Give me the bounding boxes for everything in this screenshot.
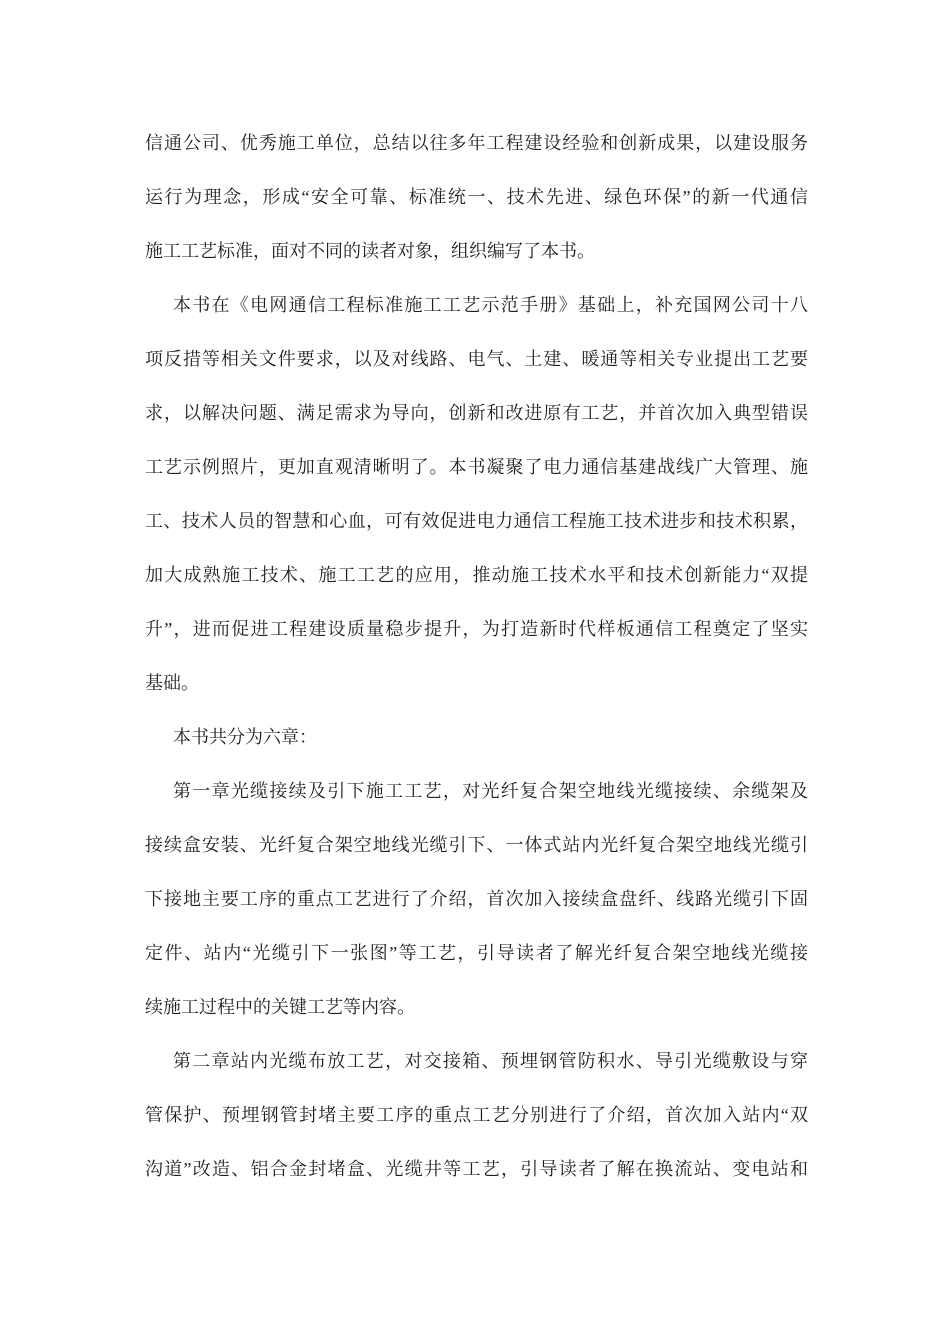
text-line: 施工工艺标准，面对不同的读者对象，组织编写了本书。: [145, 224, 808, 278]
text-line: 加大成熟施工技术、施工工艺的应用，推动施工技术水平和技术创新能力“双提: [145, 548, 808, 602]
text-line: 接续盒安装、光纤复合架空地线光缆引下、一体式站内光纤复合架空地线光缆引: [145, 818, 808, 872]
text-line: 信通公司、优秀施工单位，总结以往多年工程建设经验和创新成果，以建设服务: [145, 116, 808, 170]
text-line: 第一章光缆接续及引下施工工艺，对光纤复合架空地线光缆接续、余缆架及: [145, 764, 808, 818]
text-line: 工艺示例照片，更加直观清晰明了。本书凝聚了电力通信基建战线广大管理、施: [145, 440, 808, 494]
text-line: 沟道”改造、铝合金封堵盒、光缆井等工艺，引导读者了解在换流站、变电站和: [145, 1142, 808, 1196]
text-line: 运行为理念，形成“安全可靠、标准统一、技术先进、绿色环保”的新一代通信: [145, 170, 808, 224]
text-line: 项反措等相关文件要求，以及对线路、电气、土建、暖通等相关专业提出工艺要: [145, 332, 808, 386]
text-line: 管保护、预埋钢管封堵主要工序的重点工艺分别进行了介绍，首次加入站内“双: [145, 1088, 808, 1142]
text-line: 升”，进而促进工程建设质量稳步提升，为打造新时代样板通信工程奠定了坚实: [145, 602, 808, 656]
text-line: 本书共分为六章：: [145, 710, 808, 764]
text-line: 第二章站内光缆布放工艺，对交接箱、预埋钢管防积水、导引光缆敷设与穿: [145, 1034, 808, 1088]
text-line: 下接地主要工序的重点工艺进行了介绍，首次加入接续盒盘纤、线路光缆引下固: [145, 872, 808, 926]
text-line: 续施工过程中的关键工艺等内容。: [145, 980, 808, 1034]
text-line: 定件、站内“光缆引下一张图”等工艺，引导读者了解光纤复合架空地线光缆接: [145, 926, 808, 980]
document-text: 信通公司、优秀施工单位，总结以往多年工程建设经验和创新成果，以建设服务运行为理念…: [145, 116, 808, 1196]
text-line: 工、技术人员的智慧和心血，可有效促进电力通信工程施工技术进步和技术积累，: [145, 494, 808, 548]
text-line: 求，以解决问题、满足需求为导向，创新和改进原有工艺，并首次加入典型错误: [145, 386, 808, 440]
text-line: 基础。: [145, 656, 808, 710]
document-page: 信通公司、优秀施工单位，总结以往多年工程建设经验和创新成果，以建设服务运行为理念…: [0, 0, 950, 1344]
text-line: 本书在《电网通信工程标准施工工艺示范手册》基础上，补充国网公司十八: [145, 278, 808, 332]
